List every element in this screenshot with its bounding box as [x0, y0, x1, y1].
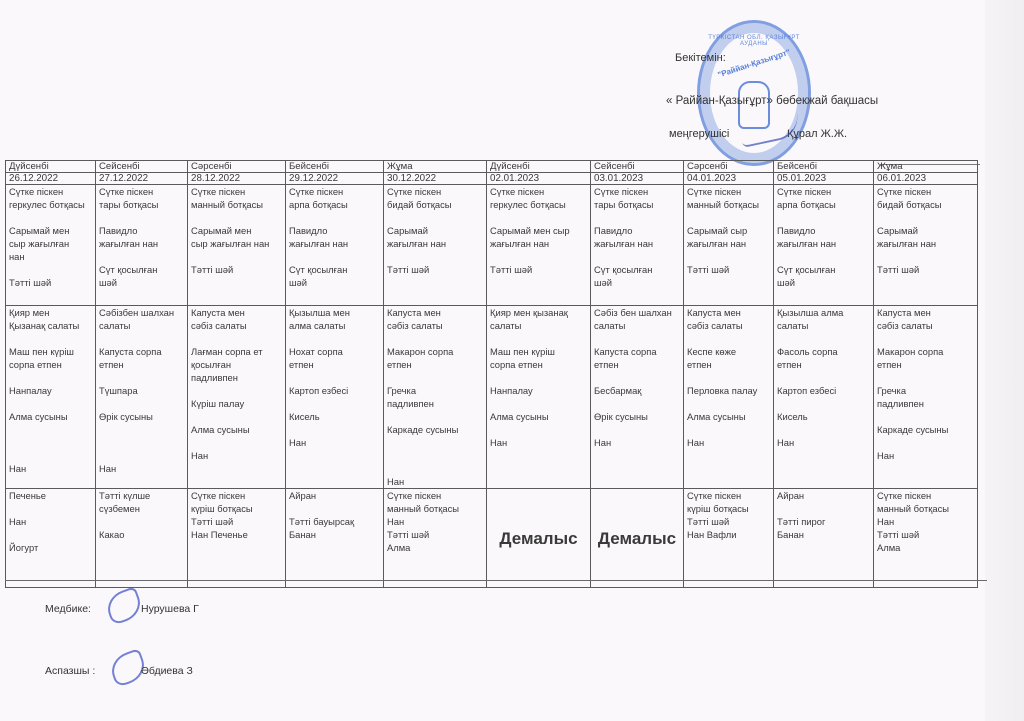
- dish: Павидло жағылған нан: [289, 224, 380, 250]
- weekday-cell: Бейсенбі: [774, 161, 874, 173]
- signature-label: Медбике:: [45, 603, 91, 615]
- dish: Түшпара: [99, 384, 184, 397]
- date-cell: 02.01.2023: [487, 173, 591, 185]
- lunch-cell: Қияр мен Қызанақ салатыМаш пен күріш сор…: [6, 306, 96, 489]
- lunch-cell: Сәбіз бен шалхан салатыКапуста сорпа етп…: [591, 306, 684, 489]
- snack-cell: Тәтті күлше сүзбеменКакао: [96, 489, 188, 588]
- lunch-cell: Сәбізбен шалхан салатыКапуста сорпа етпе…: [96, 306, 188, 489]
- dish: Перловка палау: [687, 384, 770, 397]
- dish: Нан: [191, 449, 282, 462]
- dish: Сарымай мен сыр жағылған нан: [191, 224, 282, 250]
- dish: Сүтке піскен арпа ботқасы: [289, 185, 380, 211]
- dish: Нанпалау: [9, 384, 92, 397]
- breakfast-cell: Сүтке піскен манный ботқасыСарымай мен с…: [188, 185, 286, 306]
- signature-name: Әбдиева З: [141, 665, 193, 677]
- weekday-row: ДүйсенбіСейсенбіСәрсенбіБейсенбіЖұмаДүйс…: [6, 161, 978, 173]
- lunch-cell: Капуста мен сәбіз салатыМакарон сорпа ет…: [874, 306, 978, 489]
- dish: Тәтті шәй: [387, 263, 483, 276]
- dish: Алма сусыны: [490, 410, 587, 423]
- date-cell: 27.12.2022: [96, 173, 188, 185]
- dish: Алма сусыны: [9, 410, 92, 423]
- dish: Тәтті бауырсақ Банан: [289, 515, 380, 541]
- breakfast-cell: Сүтке піскен бидай ботқасыСарымай жағылғ…: [874, 185, 978, 306]
- approval-head: меңгерушісі Құрал Ж.Ж.: [669, 128, 729, 140]
- dish: Нан: [490, 436, 587, 449]
- dish: [9, 436, 92, 449]
- dish: Тәтті пирог Банан: [777, 515, 870, 541]
- date-cell: 28.12.2022: [188, 173, 286, 185]
- dish: Нан: [877, 449, 974, 462]
- dish: Қызылша мен алма салаты: [289, 306, 380, 332]
- dish: Макарон сорпа етпен: [387, 345, 483, 371]
- table-bottom-rule: [5, 580, 987, 581]
- dish: Гречка падливпен: [387, 384, 483, 410]
- holiday-cell: Демалыс: [487, 489, 591, 588]
- lunch-cell: Қызылша алма салатыФасоль сорпа етпенКар…: [774, 306, 874, 489]
- breakfast-row: Сүтке піскен геркулес ботқасыСарымай мен…: [6, 185, 978, 306]
- dish: Сүт қосылған шәй: [777, 263, 870, 289]
- date-cell: 29.12.2022: [286, 173, 384, 185]
- dish: Нан: [594, 436, 680, 449]
- dish: Сүтке піскен манный ботқасы: [191, 185, 282, 211]
- approval-head-name: Құрал Ж.Ж.: [787, 128, 847, 140]
- dish: Сүтке піскен манный ботқасы: [687, 185, 770, 211]
- menu-table: ДүйсенбіСейсенбіСәрсенбіБейсенбіЖұмаДүйс…: [5, 160, 978, 588]
- dish: Лағман сорпа ет қосылған падливпен: [191, 345, 282, 384]
- dish: Тәтті шәй: [877, 263, 974, 276]
- dish: Нан: [777, 436, 870, 449]
- dish: Сарымай жағылған нан: [387, 224, 483, 250]
- approval-head-label: меңгерушісі: [669, 128, 729, 140]
- snack-cell: Сүтке піскен күріш ботқасы Тәтті шәй Нан…: [188, 489, 286, 588]
- date-cell: 05.01.2023: [774, 173, 874, 185]
- snack-cell: Сүтке піскен манный ботқасы Нан Тәтті шә…: [384, 489, 487, 588]
- dish: Капуста мен сәбіз салаты: [191, 306, 282, 332]
- signature-nurse: Медбике: Нурушева Г: [45, 603, 91, 615]
- approval-organization: « Раййан-Қазығұрт» бөбекжай бақшасы: [666, 95, 878, 107]
- dish: Нанпалау: [490, 384, 587, 397]
- dish: Гречка падливпен: [877, 384, 974, 410]
- dish: Тәтті күлше сүзбемен: [99, 489, 184, 515]
- dish: Каркаде сусыны: [387, 423, 483, 436]
- dish: Қияр мен қызанақ салаты: [490, 306, 587, 332]
- weekday-cell: Сейсенбі: [591, 161, 684, 173]
- weekday-cell: Сәрсенбі: [684, 161, 774, 173]
- snack-cell: АйранТәтті пирог Банан: [774, 489, 874, 588]
- dish: Нан: [9, 515, 92, 528]
- signature-cook: Аспазшы : Әбдиева З: [45, 665, 95, 677]
- dish: Сарымай мен сыр жағылған нан: [9, 224, 92, 263]
- dish: Печенье: [9, 489, 92, 502]
- dish: [99, 436, 184, 449]
- dish: Сүт қосылған шәй: [99, 263, 184, 289]
- dish: Тәтті шәй: [191, 263, 282, 276]
- dish: Кисель: [289, 410, 380, 423]
- dish: Алма сусыны: [191, 423, 282, 436]
- date-cell: 04.01.2023: [684, 173, 774, 185]
- dish: Сүтке піскен манный ботқасы Нан Тәтті шә…: [877, 489, 974, 554]
- dish: Айран: [289, 489, 380, 502]
- breakfast-cell: Сүтке піскен бидай ботқасыСарымай жағылғ…: [384, 185, 487, 306]
- dish: Картоп езбесі: [289, 384, 380, 397]
- date-cell: 26.12.2022: [6, 173, 96, 185]
- dish: Кисель: [777, 410, 870, 423]
- dish: Капуста мен сәбіз салаты: [877, 306, 974, 332]
- lunch-cell: Капуста мен сәбіз салатыМакарон сорпа ет…: [384, 306, 487, 489]
- snack-cell: АйранТәтті бауырсақ Банан: [286, 489, 384, 588]
- snack-row: ПеченьеНанЙогурт Тәтті күлше сүзбеменКак…: [6, 489, 978, 588]
- dish: Какао: [99, 528, 184, 541]
- dish: Алма сусыны: [687, 410, 770, 423]
- dish: Күріш палау: [191, 397, 282, 410]
- dish: Капуста мен сәбіз салаты: [687, 306, 770, 332]
- breakfast-cell: Сүтке піскен геркулес ботқасыСарымай мен…: [6, 185, 96, 306]
- weekday-cell: Бейсенбі: [286, 161, 384, 173]
- scan-page-edge: [985, 0, 1024, 721]
- dish: Өрік сусыны: [99, 410, 184, 423]
- breakfast-cell: Сүтке піскен тары ботқасыПавидло жағылға…: [591, 185, 684, 306]
- dish: Сүтке піскен геркулес ботқасы: [490, 185, 587, 211]
- dish: Сүтке піскен арпа ботқасы: [777, 185, 870, 211]
- dish: Нохат сорпа етпен: [289, 345, 380, 371]
- dish: Сүт қосылған шәй: [289, 263, 380, 289]
- signature-name: Нурушева Г: [141, 603, 199, 615]
- dish: Сүтке піскен манный ботқасы Нан Тәтті шә…: [387, 489, 483, 554]
- weekday-cell: Дүйсенбі: [6, 161, 96, 173]
- dish: Капуста сорпа етпен: [594, 345, 680, 371]
- date-row: 26.12.202227.12.202228.12.202229.12.2022…: [6, 173, 978, 185]
- weekday-cell: Дүйсенбі: [487, 161, 591, 173]
- dish: Сүтке піскен күріш ботқасы Тәтті шәй Нан…: [687, 489, 770, 541]
- dish: Кеспе көже етпен: [687, 345, 770, 371]
- dish: Тәтті шәй: [490, 263, 587, 276]
- date-cell: 03.01.2023: [591, 173, 684, 185]
- holiday-cell: Демалыс: [591, 489, 684, 588]
- dish: Фасоль сорпа етпен: [777, 345, 870, 371]
- date-cell: 30.12.2022: [384, 173, 487, 185]
- dish: Маш пен күріш сорпа етпен: [9, 345, 92, 371]
- dish: Сүтке піскен геркулес ботқасы: [9, 185, 92, 211]
- dish: Павидло жағылған нан: [777, 224, 870, 250]
- dish: Сүтке піскен бидай ботқасы: [877, 185, 974, 211]
- dish: Сүтке піскен тары ботқасы: [99, 185, 184, 211]
- signature-label: Аспазшы :: [45, 665, 95, 677]
- dish: Нан: [9, 462, 92, 475]
- dish: Нан: [387, 475, 483, 488]
- dish: Сүтке піскен күріш ботқасы Тәтті шәй Нан…: [191, 489, 282, 541]
- breakfast-cell: Сүтке піскен манный ботқасыСарымай сыр ж…: [684, 185, 774, 306]
- lunch-cell: Қызылша мен алма салатыНохат сорпа етпен…: [286, 306, 384, 489]
- breakfast-cell: Сүтке піскен арпа ботқасыПавидло жағылға…: [286, 185, 384, 306]
- dish: Айран: [777, 489, 870, 502]
- dish: Нан: [687, 436, 770, 449]
- lunch-cell: Қияр мен қызанақ салатыМаш пен күріш сор…: [487, 306, 591, 489]
- dish: Сүтке піскен тары ботқасы: [594, 185, 680, 211]
- dish: Каркаде сусыны: [877, 423, 974, 436]
- lunch-cell: Капуста мен сәбіз салатыЛағман сорпа ет …: [188, 306, 286, 489]
- weekday-cell: Жұма: [874, 161, 978, 173]
- dish: Қияр мен Қызанақ салаты: [9, 306, 92, 332]
- dish: Сәбізбен шалхан салаты: [99, 306, 184, 332]
- snack-cell: Сүтке піскен манный ботқасы Нан Тәтті шә…: [874, 489, 978, 588]
- dish: Нан: [289, 436, 380, 449]
- date-cell: 06.01.2023: [874, 173, 978, 185]
- dish: Картоп езбесі: [777, 384, 870, 397]
- dish: Маш пен күріш сорпа етпен: [490, 345, 587, 371]
- dish: Бесбармақ: [594, 384, 680, 397]
- snack-cell: Сүтке піскен күріш ботқасы Тәтті шәй Нан…: [684, 489, 774, 588]
- dish: Нан: [99, 462, 184, 475]
- dish: [387, 449, 483, 462]
- dish: Сәбіз бен шалхан салаты: [594, 306, 680, 332]
- dish: Йогурт: [9, 541, 92, 554]
- signature-scribble: [103, 586, 145, 626]
- breakfast-cell: Сүтке піскен тары ботқасыПавидло жағылға…: [96, 185, 188, 306]
- dish: Сүт қосылған шәй: [594, 263, 680, 289]
- approval-title: Бекітемін:: [675, 52, 726, 64]
- weekday-cell: Сәрсенбі: [188, 161, 286, 173]
- dish: Капуста мен сәбіз салаты: [387, 306, 483, 332]
- dish: Павидло жағылған нан: [99, 224, 184, 250]
- dish: Сүтке піскен бидай ботқасы: [387, 185, 483, 211]
- dish: Сарымай мен сыр жағылған нан: [490, 224, 587, 250]
- dish: Өрік сусыны: [594, 410, 680, 423]
- lunch-row: Қияр мен Қызанақ салатыМаш пен күріш сор…: [6, 306, 978, 489]
- dish: Сарымай сыр жағылған нан: [687, 224, 770, 250]
- dish: Капуста сорпа етпен: [99, 345, 184, 371]
- weekday-cell: Жұма: [384, 161, 487, 173]
- breakfast-cell: Сүтке піскен арпа ботқасы Павидло жағылғ…: [774, 185, 874, 306]
- dish: Макарон сорпа етпен: [877, 345, 974, 371]
- dish: Тәтті шәй: [9, 276, 92, 289]
- dish: Тәтті шәй: [687, 263, 770, 276]
- weekday-cell: Сейсенбі: [96, 161, 188, 173]
- dish: Сарымай жағылған нан: [877, 224, 974, 250]
- dish: Қызылша алма салаты: [777, 306, 870, 332]
- lunch-cell: Капуста мен сәбіз салатыКеспе көже етпен…: [684, 306, 774, 489]
- dish: Павидло жағылған нан: [594, 224, 680, 250]
- breakfast-cell: Сүтке піскен геркулес ботқасыСарымай мен…: [487, 185, 591, 306]
- snack-cell: ПеченьеНанЙогурт: [6, 489, 96, 588]
